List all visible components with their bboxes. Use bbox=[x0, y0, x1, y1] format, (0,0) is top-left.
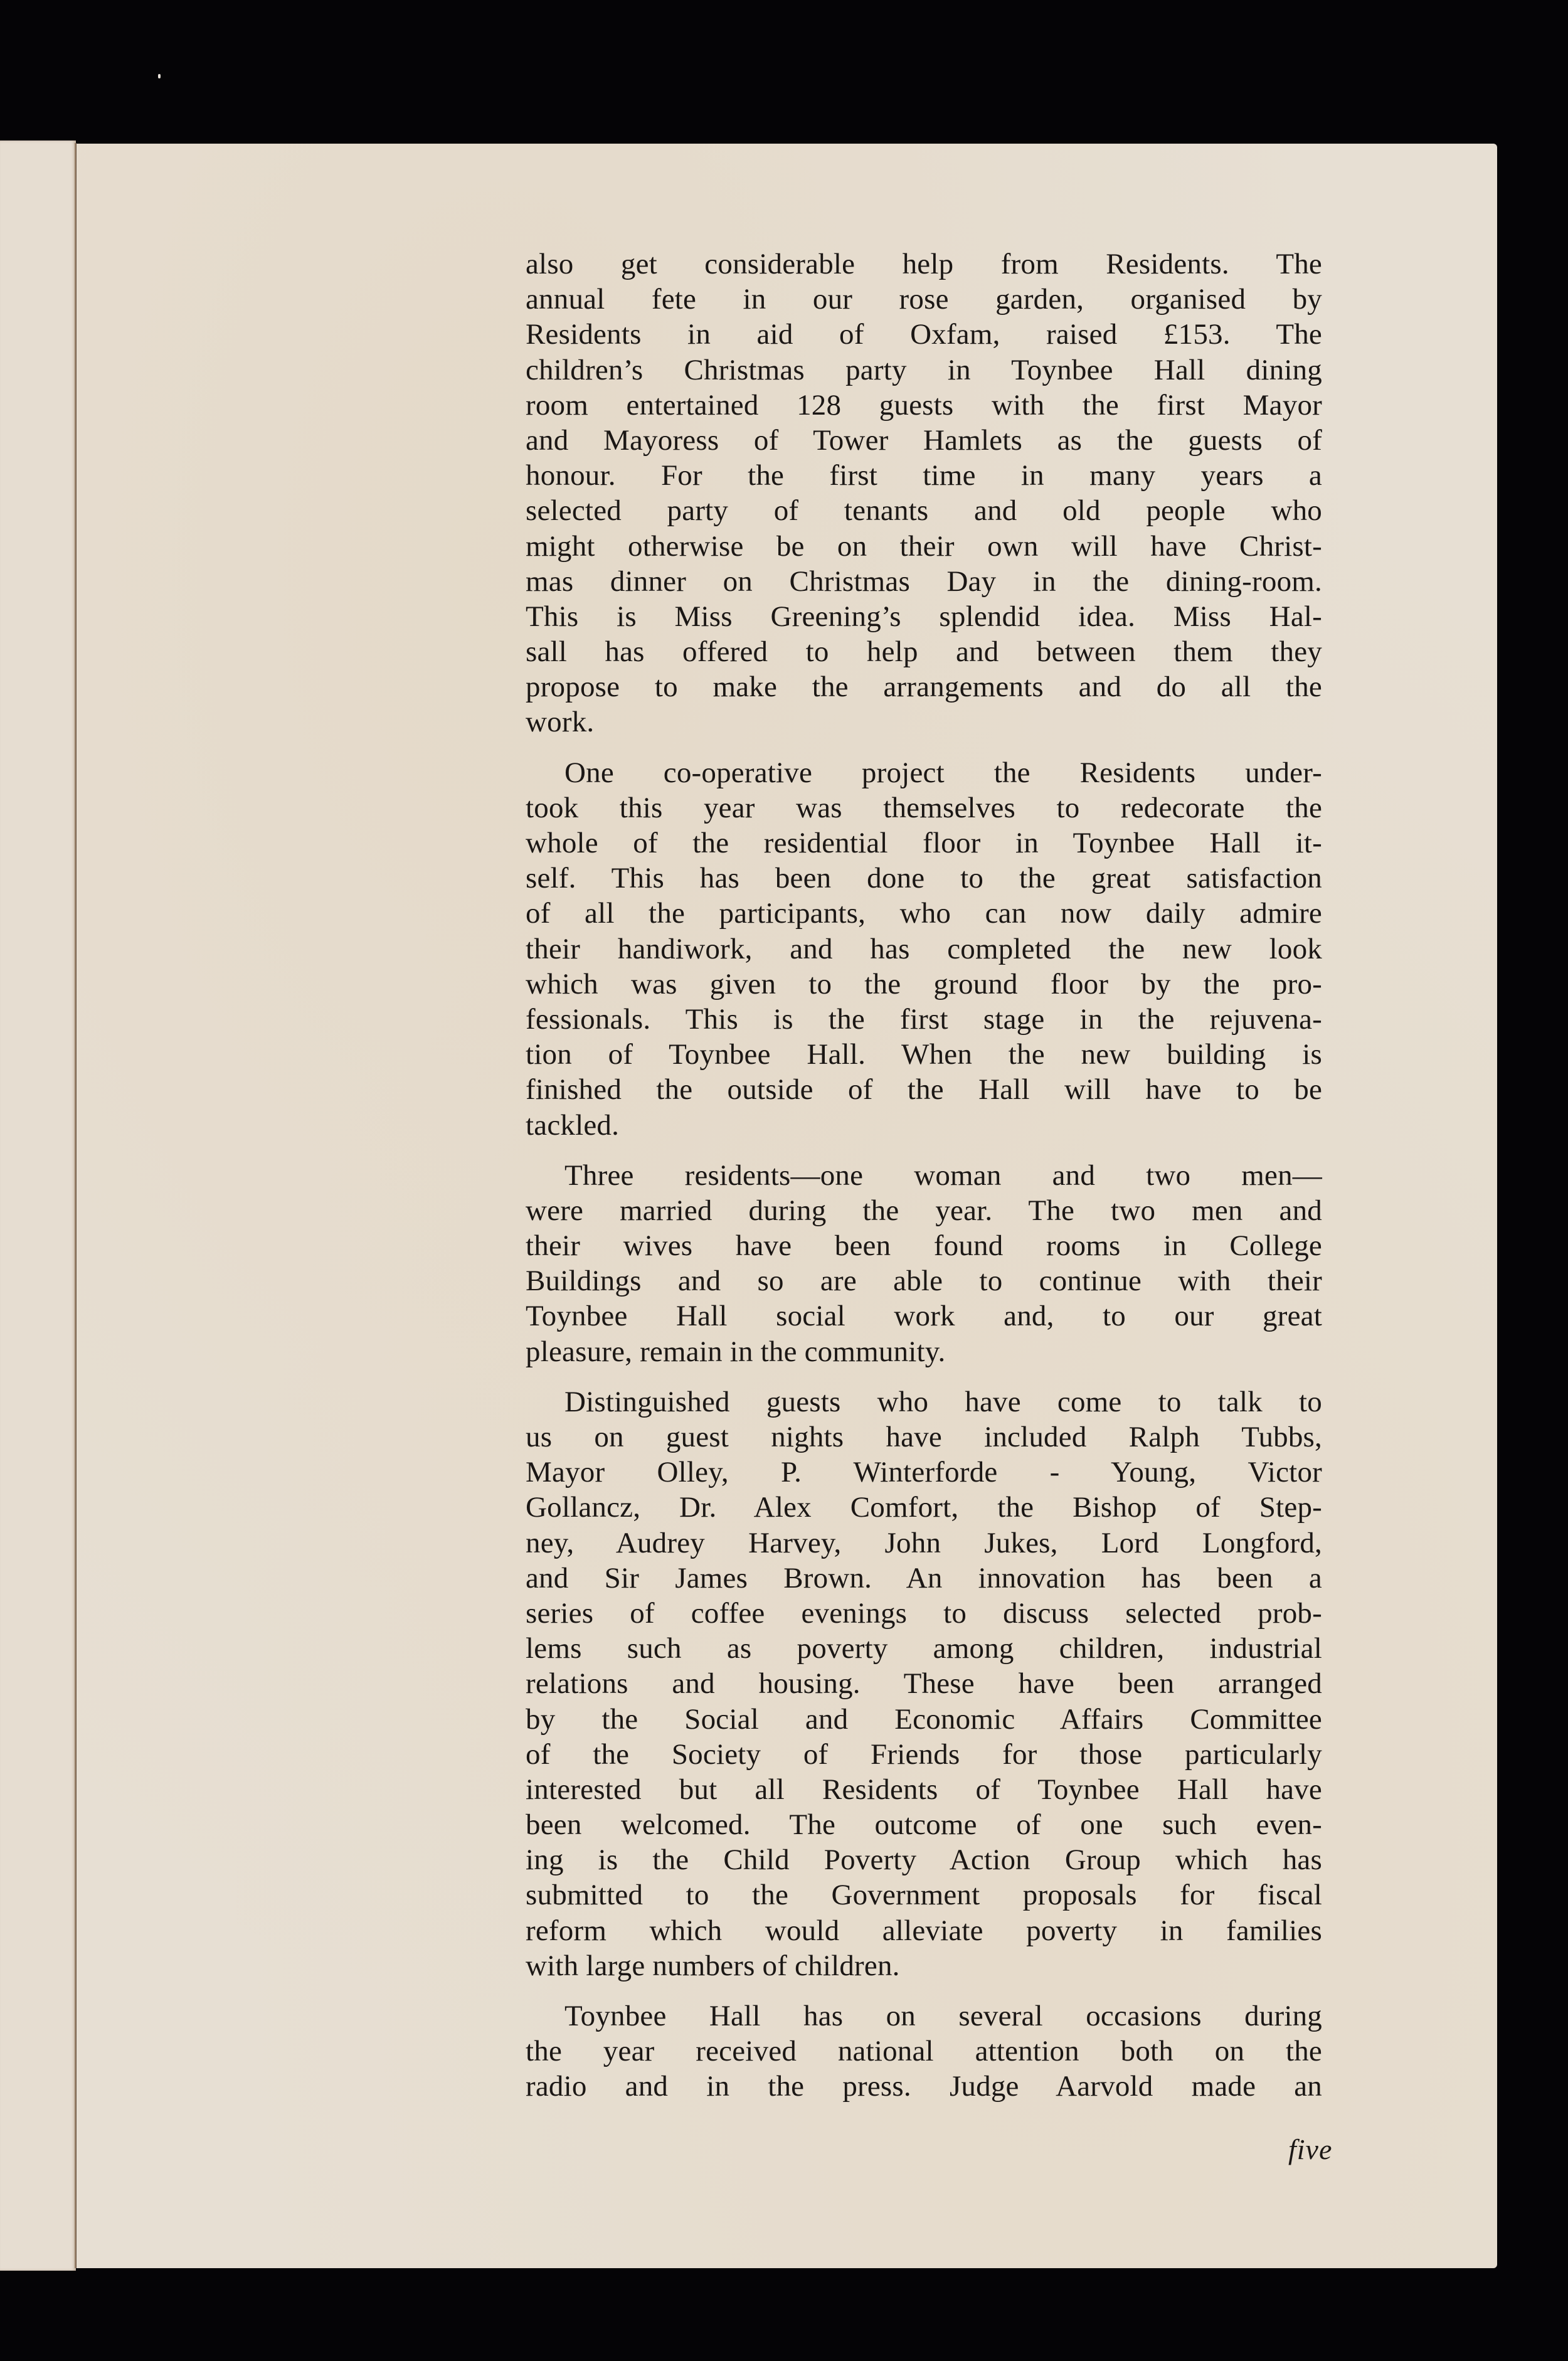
text-line: and Mayoress of Tower Hamlets as the gue… bbox=[526, 423, 1322, 458]
text-line: might otherwise be on their own will hav… bbox=[526, 529, 1322, 564]
text-line: their handiwork, and has completed the n… bbox=[526, 931, 1322, 967]
text-line: annual fete in our rose garden, organise… bbox=[526, 282, 1322, 317]
text-line: whole of the residential floor in Toynbe… bbox=[526, 825, 1322, 861]
text-line: children’s Christmas party in Toynbee Ha… bbox=[526, 353, 1322, 388]
text-line: room entertained 128 guests with the fir… bbox=[526, 388, 1322, 423]
text-line: their wives have been found rooms in Col… bbox=[526, 1228, 1322, 1263]
text-line: by the Social and Economic Affairs Commi… bbox=[526, 1702, 1322, 1737]
text-line: propose to make the arrangements and do … bbox=[526, 669, 1322, 704]
text-line: Toynbee Hall has on several occasions du… bbox=[526, 1998, 1322, 2034]
text-line: been welcomed. The outcome of one such e… bbox=[526, 1807, 1322, 1842]
text-line: were married during the year. The two me… bbox=[526, 1193, 1322, 1228]
text-line: Gollancz, Dr. Alex Comfort, the Bishop o… bbox=[526, 1490, 1322, 1525]
dust-speck bbox=[158, 74, 161, 78]
page-number: five bbox=[1288, 2133, 1332, 2166]
text-line: radio and in the press. Judge Aarvold ma… bbox=[526, 2069, 1322, 2104]
text-line: lems such as poverty among children, ind… bbox=[526, 1631, 1322, 1666]
text-line: This is Miss Greening’s splendid idea. M… bbox=[526, 599, 1322, 634]
text-line: took this year was themselves to redecor… bbox=[526, 790, 1322, 825]
text-line: self. This has been done to the great sa… bbox=[526, 861, 1322, 896]
text-line: of all the participants, who can now dai… bbox=[526, 896, 1322, 931]
text-line: Three residents—one woman and two men— bbox=[526, 1158, 1322, 1193]
text-line: tion of Toynbee Hall. When the new build… bbox=[526, 1037, 1322, 1072]
page-gutter bbox=[75, 143, 77, 2268]
paragraph-residents-help: also get considerable help from Resident… bbox=[526, 247, 1322, 740]
text-line: submitted to the Government proposals fo… bbox=[526, 1877, 1322, 1913]
paragraph-redecoration: One co-operative project the Residents u… bbox=[526, 755, 1322, 1143]
text-line: and Sir James Brown. An innovation has b… bbox=[526, 1561, 1322, 1596]
text-line: series of coffee evenings to discuss sel… bbox=[526, 1596, 1322, 1631]
body-text: also get considerable help from Resident… bbox=[526, 247, 1322, 2120]
text-line: Toynbee Hall social work and, to our gre… bbox=[526, 1298, 1322, 1334]
text-line: fessionals. This is the first stage in t… bbox=[526, 1002, 1322, 1037]
text-line: ing is the Child Poverty Action Group wh… bbox=[526, 1842, 1322, 1877]
paragraph-distinguished-guests: Distinguished guests who have come to ta… bbox=[526, 1384, 1322, 1983]
text-line: us on guest nights have included Ralph T… bbox=[526, 1419, 1322, 1455]
text-line: the year received national attention bot… bbox=[526, 2034, 1322, 2069]
text-line: reform which would alleviate poverty in … bbox=[526, 1913, 1322, 1948]
paragraph-national-attention: Toynbee Hall has on several occasions du… bbox=[526, 1998, 1322, 2104]
text-line: of the Society of Friends for those part… bbox=[526, 1737, 1322, 1772]
facing-page-edge bbox=[0, 141, 76, 2271]
text-line: selected party of tenants and old people… bbox=[526, 493, 1322, 528]
text-line: work. bbox=[526, 704, 1322, 740]
text-line: with large numbers of children. bbox=[526, 1948, 1322, 1983]
text-line: interested but all Residents of Toynbee … bbox=[526, 1772, 1322, 1807]
text-line: ney, Audrey Harvey, John Jukes, Lord Lon… bbox=[526, 1525, 1322, 1561]
text-line: mas dinner on Christmas Day in the dinin… bbox=[526, 564, 1322, 599]
text-line: tackled. bbox=[526, 1108, 1322, 1143]
text-line: honour. For the first time in many years… bbox=[526, 458, 1322, 493]
text-line: which was given to the ground floor by t… bbox=[526, 967, 1322, 1002]
text-line: finished the outside of the Hall will ha… bbox=[526, 1072, 1322, 1107]
text-line: Mayor Olley, P. Winterforde - Young, Vic… bbox=[526, 1455, 1322, 1490]
text-line: also get considerable help from Resident… bbox=[526, 247, 1322, 282]
text-line: pleasure, remain in the community. bbox=[526, 1334, 1322, 1369]
text-line: Residents in aid of Oxfam, raised £153. … bbox=[526, 317, 1322, 352]
text-line: relations and housing. These have been a… bbox=[526, 1666, 1322, 1701]
text-line: Distinguished guests who have come to ta… bbox=[526, 1384, 1322, 1419]
paragraph-marriages: Three residents—one woman and two men— w… bbox=[526, 1158, 1322, 1369]
text-line: Buildings and so are able to continue wi… bbox=[526, 1263, 1322, 1298]
text-line: One co-operative project the Residents u… bbox=[526, 755, 1322, 790]
text-line: sall has offered to help and between the… bbox=[526, 634, 1322, 669]
